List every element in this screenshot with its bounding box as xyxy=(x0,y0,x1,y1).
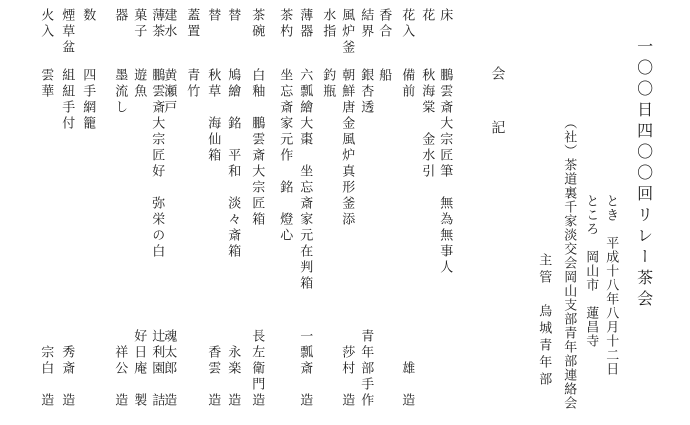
item-tabakobon: 煙草盆 組紐手付 秀斎 造 xyxy=(59,0,76,425)
item-maker: 秀斎 造 xyxy=(60,345,74,409)
item-desc: 朝鮮唐金風炉真形釜添 xyxy=(340,68,354,228)
item-usuki: 薄器 六瓢繪大棗 坐忘斎家元在判箱 一瓢斎 造 xyxy=(297,0,314,425)
event-place: ところ 岡山市 蓮昌寺 xyxy=(584,194,598,348)
item-label: 替 xyxy=(206,8,220,24)
item-desc: 鳩繪 銘 平和 淡々斎箱 xyxy=(226,68,240,260)
item-desc: 備前 xyxy=(400,68,414,100)
item-label: 煙草盆 xyxy=(60,8,74,56)
item-desc: 青竹 xyxy=(185,68,199,100)
item-kashi: 菓子 遊魚 好日庵 製 xyxy=(131,0,148,425)
item-maker: 莎村 造 xyxy=(340,345,354,409)
item-desc: 坐忘斎家元作 銘 燈心 xyxy=(278,68,292,244)
item-desc: 組紐手付 xyxy=(60,68,74,132)
document-title: 一〇〇日四〇〇回リレー茶会 xyxy=(634,38,652,311)
section-heading: 会 記 xyxy=(489,66,504,138)
item-maker: 一瓢斎 造 xyxy=(298,329,312,409)
item-kogo: 香合 船 xyxy=(376,0,393,425)
item-mizusashi: 水指 釣瓶 xyxy=(320,0,337,425)
item-label: 薄茶 xyxy=(150,8,164,40)
item-kekkai: 結界 銀杏透 青年部手作 xyxy=(358,0,375,425)
item-label: 菓子 xyxy=(132,8,146,40)
item-desc: 釣瓶 xyxy=(321,68,335,100)
item-utsuwa: 器 墨流し 祥公 造 xyxy=(112,0,129,425)
item-kazu: 数 四手網籠 xyxy=(80,0,97,425)
item-label: 茶碗 xyxy=(250,8,264,40)
item-maker: 青年部手作 xyxy=(359,329,373,409)
item-desc: 四手網籠 xyxy=(81,68,95,132)
item-label: 香合 xyxy=(377,8,391,40)
host-group: 主管 烏城青年部 xyxy=(537,253,551,389)
item-label: 茶杓 xyxy=(278,8,292,40)
item-usucha: 薄茶 鵬雲斎大宗匠好 弥栄の白 辻利園 詰 xyxy=(149,0,166,425)
item-maker: 永楽 造 xyxy=(226,345,240,409)
item-label: 風炉釜 xyxy=(340,8,354,56)
item-kae-1: 替 鳩繪 銘 平和 淡々斎箱 永楽 造 xyxy=(225,0,242,425)
item-desc: 遊魚 xyxy=(132,68,146,100)
item-desc: 墨流し xyxy=(113,68,127,116)
item-furogama: 風炉釜 朝鮮唐金風炉真形釜添 莎村 造 xyxy=(339,0,356,425)
item-hanaire: 花入 備前 雄 造 xyxy=(399,0,416,425)
item-desc: 船 xyxy=(377,68,391,84)
item-maker: 長左衛門造 xyxy=(250,329,264,409)
item-kae-2: 替 秋草 海仙箱 香雲 造 xyxy=(205,0,222,425)
item-hiire: 火入 雲華 宗白 造 xyxy=(38,0,55,425)
item-toko: 床 鵬雲斎大宗匠筆 無為無事人 xyxy=(437,0,454,425)
item-chashaku: 茶杓 坐忘斎家元作 銘 燈心 xyxy=(277,0,294,425)
item-futaoki: 蓋置 青竹 xyxy=(184,0,201,425)
kaiki-document: 一〇〇日四〇〇回リレー茶会 とき 平成十八年八月十二日 ところ 岡山市 蓮昌寺 … xyxy=(0,0,690,425)
item-maker: 香雲 造 xyxy=(206,345,220,409)
event-date: とき 平成十八年八月十二日 xyxy=(604,194,618,376)
item-desc: 鵬雲斎大宗匠筆 無為無事人 xyxy=(438,68,452,276)
item-maker: 祥公 造 xyxy=(113,345,127,409)
item-label: 床 xyxy=(438,8,452,24)
item-desc: 雲華 xyxy=(39,68,53,100)
item-label: 器 xyxy=(113,8,127,24)
item-maker: 好日庵 製 xyxy=(132,329,146,409)
item-label: 薄器 xyxy=(298,8,312,40)
item-label: 数 xyxy=(81,8,95,24)
item-label: 替 xyxy=(226,8,240,24)
item-maker: 辻利園 詰 xyxy=(150,329,164,409)
item-maker: 雄 造 xyxy=(400,361,414,409)
item-maker: 宗白 造 xyxy=(39,345,53,409)
item-desc: 鵬雲斎大宗匠好 弥栄の白 xyxy=(150,68,164,260)
item-desc: 秋海棠 金水引 xyxy=(420,68,434,180)
item-label: 花入 xyxy=(400,8,414,40)
item-desc: 六瓢繪大棗 坐忘斎家元在判箱 xyxy=(298,68,312,292)
item-desc: 白釉 鵬雲斎大宗匠箱 xyxy=(250,68,264,228)
item-label: 花 xyxy=(420,8,434,24)
item-label: 結界 xyxy=(359,8,373,40)
item-label: 水指 xyxy=(321,8,335,40)
organization: （社）茶道裏千家淡交会岡山支部青年部連絡会 xyxy=(562,116,576,410)
item-label: 火入 xyxy=(39,8,53,40)
item-desc: 秋草 海仙箱 xyxy=(206,68,220,164)
item-hana: 花 秋海棠 金水引 xyxy=(419,0,436,425)
item-desc: 銀杏透 xyxy=(359,68,373,116)
item-label: 蓋置 xyxy=(185,8,199,40)
item-chawan: 茶碗 白釉 鵬雲斎大宗匠箱 長左衛門造 xyxy=(249,0,266,425)
